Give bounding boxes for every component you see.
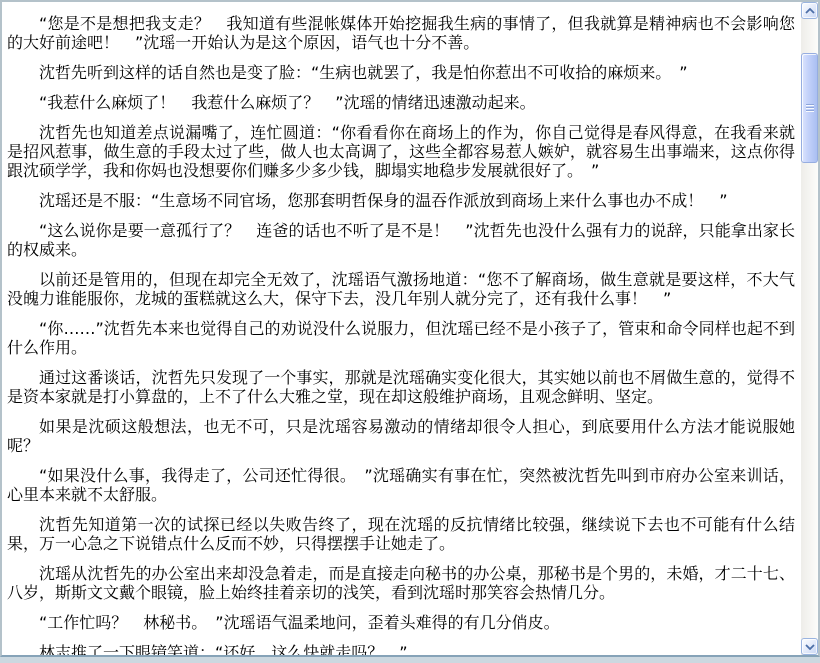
paragraph: 以前还是管用的，但现在却完全无效了，沈瑶语气激扬地道：“您不了解商场，做生意就是…: [7, 270, 795, 308]
browser-content-frame: “您是不是想把我支走？ 我知道有些混帐媒体开始挖掘我生病的事情了，但我就算是精神…: [0, 0, 820, 657]
paragraph: 林志推了一下眼镜笑道：“还好，这么快就走吗？ ”: [7, 643, 795, 655]
paragraph: 通过这番谈话，沈哲先只发现了一个事实，那就是沈瑶确实变化很大，其实她以前也不屑做…: [7, 368, 795, 406]
scroll-down-button[interactable]: [801, 638, 818, 655]
paragraph: “你……”沈哲先本来也觉得自己的劝说没什么说服力，但沈瑶已经不是小孩子了，管束和…: [7, 319, 795, 357]
paragraph: 沈哲先听到这样的话自然也是变了脸：“生病也就罢了，我是怕你惹出不可收拾的麻烦来。…: [7, 63, 795, 82]
paragraph: 沈瑶还是不服：“生意场不同官场，您那套明哲保身的温吞作派放到商场上来什么事也办不…: [7, 191, 795, 210]
scrollbar-track[interactable]: [801, 19, 818, 638]
paragraph: 沈瑶从沈哲先的办公室出来却没急着走，而是直接走向秘书的办公桌，那秘书是个男的，未…: [7, 564, 795, 602]
paragraph: 沈哲先也知道差点说漏嘴了，连忙圆道：“你看看你在商场上的作为，你自己觉得是春风得…: [7, 123, 795, 180]
vertical-scrollbar[interactable]: [801, 2, 818, 655]
scrollbar-thumb[interactable]: [801, 53, 818, 163]
novel-text-content: “您是不是想把我支走？ 我知道有些混帐媒体开始挖掘我生病的事情了，但我就算是精神…: [2, 2, 801, 655]
paragraph: 如果是沈硕这般想法，也无不可，只是沈瑶容易激动的情绪却很令人担心，到底要用什么方…: [7, 417, 795, 455]
paragraph: “工作忙吗？ 林秘书。 ”沈瑶语气温柔地问，歪着头难得的有几分俏皮。: [7, 613, 795, 632]
thumb-grip-icon: [806, 104, 814, 112]
chevron-down-icon: [805, 644, 815, 650]
paragraph: “我惹什么麻烦了！ 我惹什么麻烦了？ ”沈瑶的情绪迅速激动起来。: [7, 93, 795, 112]
chevron-up-icon: [805, 8, 815, 14]
paragraph: “这么说你是要一意孤行了？ 连爸的话也不听了是不是！ ”沈哲先也没什么强有力的说…: [7, 221, 795, 259]
paragraph: “如果没什么事，我得走了，公司还忙得很。 ”沈瑶确实有事在忙，突然被沈哲先叫到市…: [7, 466, 795, 504]
paragraph: “您是不是想把我支走？ 我知道有些混帐媒体开始挖掘我生病的事情了，但我就算是精神…: [7, 14, 795, 52]
paragraph: 沈哲先知道第一次的试探已经以失败告终了，现在沈瑶的反抗情绪比较强，继续说下去也不…: [7, 515, 795, 553]
scroll-up-button[interactable]: [801, 2, 818, 19]
